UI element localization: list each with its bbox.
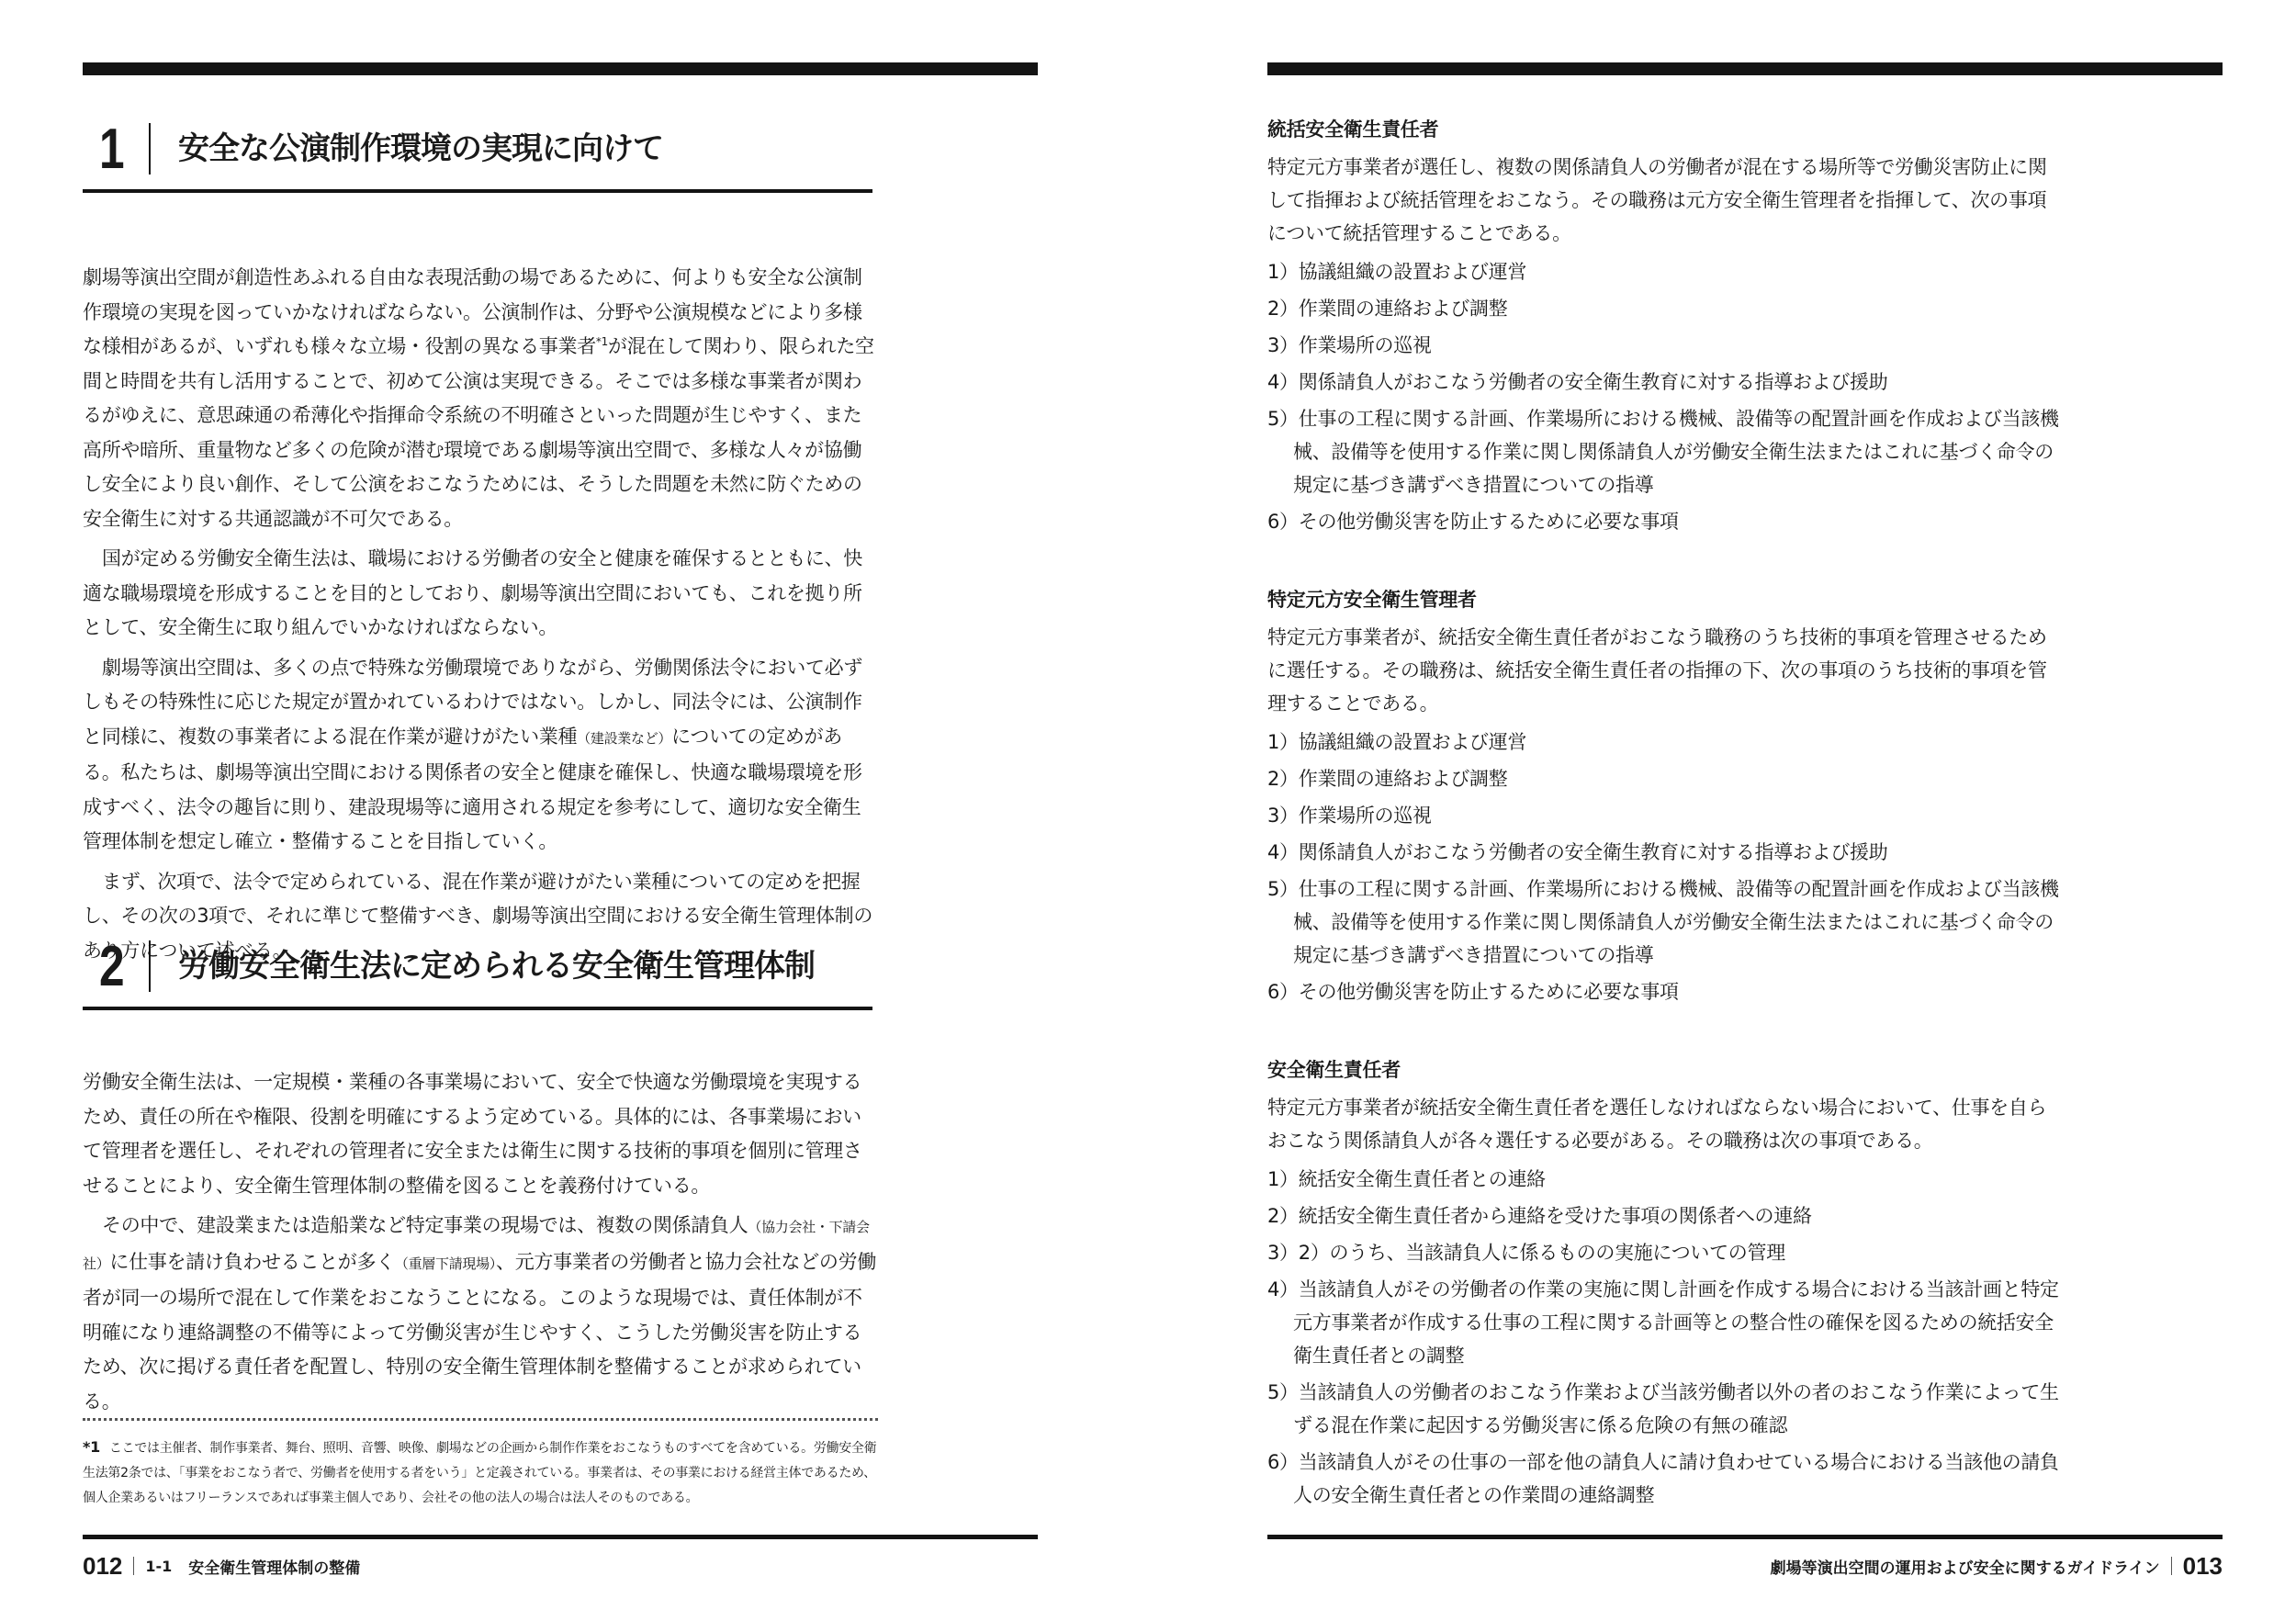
list-item: 1）協議組織の設置および運営 <box>1267 726 2059 759</box>
list-item: 4）当該請負人がその労働者の作業の実施に関し計画を作成する場合における当該計画と… <box>1267 1273 2059 1372</box>
list-item: 3）2）のうち、当該請負人に係るものの実施についての管理 <box>1267 1236 2059 1269</box>
section-2-heading: 2 労働安全衛生法に定められる安全衛生管理体制 <box>83 933 872 1010</box>
paragraph: 労働安全衛生法は、一定規模・業種の各事業場において、安全で快適な労働環境を実現す… <box>83 1065 880 1203</box>
block-specific-principal-manager: 特定元方安全衛生管理者 特定元方事業者が、統括安全衛生責任者がおこなう職務のうち… <box>1267 586 2059 1008</box>
top-rule <box>1267 62 2223 75</box>
right-content: 統括安全衛生責任者 特定元方事業者が選任し、複数の関係請負人の労働者が混在する場… <box>1267 116 2059 1559</box>
list-item: 6）その他労働災害を防止するために必要な事項 <box>1267 975 2059 1008</box>
list-item: 1）統括安全衛生責任者との連絡 <box>1267 1163 2059 1196</box>
book-title: 劇場等演出空間の運用および安全に関するガイドライン <box>1771 1555 2160 1578</box>
list-item: 3）作業場所の巡視 <box>1267 329 2059 362</box>
footer-right: 劇場等演出空間の運用および安全に関するガイドライン 013 <box>1771 1548 2223 1584</box>
footnote-ref[interactable]: *1 <box>596 335 608 348</box>
block-safety-health-manager: 安全衛生責任者 特定元方事業者が統括安全衛生責任者を選任しなければならない場合に… <box>1267 1056 2059 1512</box>
page-number: 012 <box>83 1552 122 1581</box>
heading-divider <box>149 940 151 992</box>
section-number: 1 <box>99 119 125 180</box>
block-heading: 特定元方安全衛生管理者 <box>1267 586 2059 614</box>
section-title: 安全な公演制作環境の実現に向けて <box>178 129 663 169</box>
block-heading: 安全衛生責任者 <box>1267 1056 2059 1084</box>
list-item: 5）仕事の工程に関する計画、作業場所における機械、設備等の配置計画を作成および当… <box>1267 402 2059 501</box>
paragraph: 劇場等演出空間は、多くの点で特殊な労働環境でありながら、労働関係法令において必ず… <box>83 651 880 860</box>
heading-divider <box>149 123 151 174</box>
block-intro: 特定元方事業者が選任し、複数の関係請負人の労働者が混在する場所等で労働災害防止に… <box>1267 151 2059 250</box>
bottom-rule <box>1267 1535 2223 1539</box>
paragraph: その中で、建設業または造船業など特定事業の現場では、複数の関係請負人（協力会社・… <box>83 1209 880 1419</box>
duty-list: 1）協議組織の設置および運営 2）作業間の連絡および調整 3）作業場所の巡視 4… <box>1267 255 2059 538</box>
left-page: 1 安全な公演制作環境の実現に向けて 劇場等演出空間が創造性あふれる自由な表現活… <box>0 0 1148 1621</box>
page-number: 013 <box>2183 1552 2223 1581</box>
list-item: 5）仕事の工程に関する計画、作業場所における機械、設備等の配置計画を作成および当… <box>1267 872 2059 972</box>
list-item: 6）その他労働災害を防止するために必要な事項 <box>1267 505 2059 538</box>
section-title: 労働安全衛生法に定められる安全衛生管理体制 <box>178 946 815 986</box>
paragraph: 劇場等演出空間が創造性あふれる自由な表現活動の場であるために、何よりも安全な公演… <box>83 261 880 536</box>
section-code: 1-1 <box>145 1558 172 1575</box>
section-number: 2 <box>99 937 125 997</box>
duty-list: 1）協議組織の設置および運営 2）作業間の連絡および調整 3）作業場所の巡視 4… <box>1267 726 2059 1008</box>
list-item: 1）協議組織の設置および運営 <box>1267 255 2059 288</box>
list-item: 2）作業間の連絡および調整 <box>1267 292 2059 325</box>
paragraph: 国が定める労働安全衛生法は、職場における労働者の安全と健康を確保するとともに、快… <box>83 542 880 646</box>
footer-left: 012 1-1 安全衛生管理体制の整備 <box>83 1548 360 1584</box>
footnote-separator <box>83 1418 878 1421</box>
list-item: 2）作業間の連絡および調整 <box>1267 762 2059 795</box>
list-item: 2）統括安全衛生責任者から連絡を受けた事項の関係者への連絡 <box>1267 1199 2059 1233</box>
list-item: 6）当該請負人がその仕事の一部を他の請負人に請け負わせている場合における当該他の… <box>1267 1446 2059 1512</box>
block-intro: 特定元方事業者が統括安全衛生責任者を選任しなければならない場合において、仕事を自… <box>1267 1091 2059 1157</box>
footer-divider <box>2171 1557 2172 1575</box>
section-1-heading: 1 安全な公演制作環境の実現に向けて <box>83 116 872 193</box>
bottom-rule <box>83 1535 1038 1539</box>
footnote-mark: *1 <box>83 1438 100 1456</box>
block-heading: 統括安全衛生責任者 <box>1267 116 2059 143</box>
running-section-title: 安全衛生管理体制の整備 <box>188 1555 360 1578</box>
section-1-body: 劇場等演出空間が創造性あふれる自由な表現活動の場であるために、何よりも安全な公演… <box>83 261 880 974</box>
list-item: 3）作業場所の巡視 <box>1267 799 2059 832</box>
footer-divider <box>133 1557 134 1575</box>
block-intro: 特定元方事業者が、統括安全衛生責任者がおこなう職務のうち技術的事項を管理させるた… <box>1267 621 2059 720</box>
list-item: 4）関係請負人がおこなう労働者の安全衛生教育に対する指導および援助 <box>1267 836 2059 869</box>
footnote: *1ここでは主催者、制作事業者、舞台、照明、音響、映像、劇場などの企画から制作作… <box>83 1435 878 1511</box>
list-item: 4）関係請負人がおこなう労働者の安全衛生教育に対する指導および援助 <box>1267 366 2059 399</box>
block-general-safety-manager: 統括安全衛生責任者 特定元方事業者が選任し、複数の関係請負人の労働者が混在する場… <box>1267 116 2059 538</box>
duty-list: 1）統括安全衛生責任者との連絡 2）統括安全衛生責任者から連絡を受けた事項の関係… <box>1267 1163 2059 1512</box>
footnote-text: ここでは主催者、制作事業者、舞台、照明、音響、映像、劇場などの企画から制作作業を… <box>83 1441 876 1505</box>
section-2-body: 労働安全衛生法は、一定規模・業種の各事業場において、安全で快適な労働環境を実現す… <box>83 1065 880 1424</box>
right-page: 統括安全衛生責任者 特定元方事業者が選任し、複数の関係請負人の労働者が混在する場… <box>1148 0 2296 1621</box>
top-rule <box>83 62 1038 75</box>
list-item: 5）当該請負人の労働者のおこなう作業および当該労働者以外の者のおこなう作業によっ… <box>1267 1376 2059 1442</box>
